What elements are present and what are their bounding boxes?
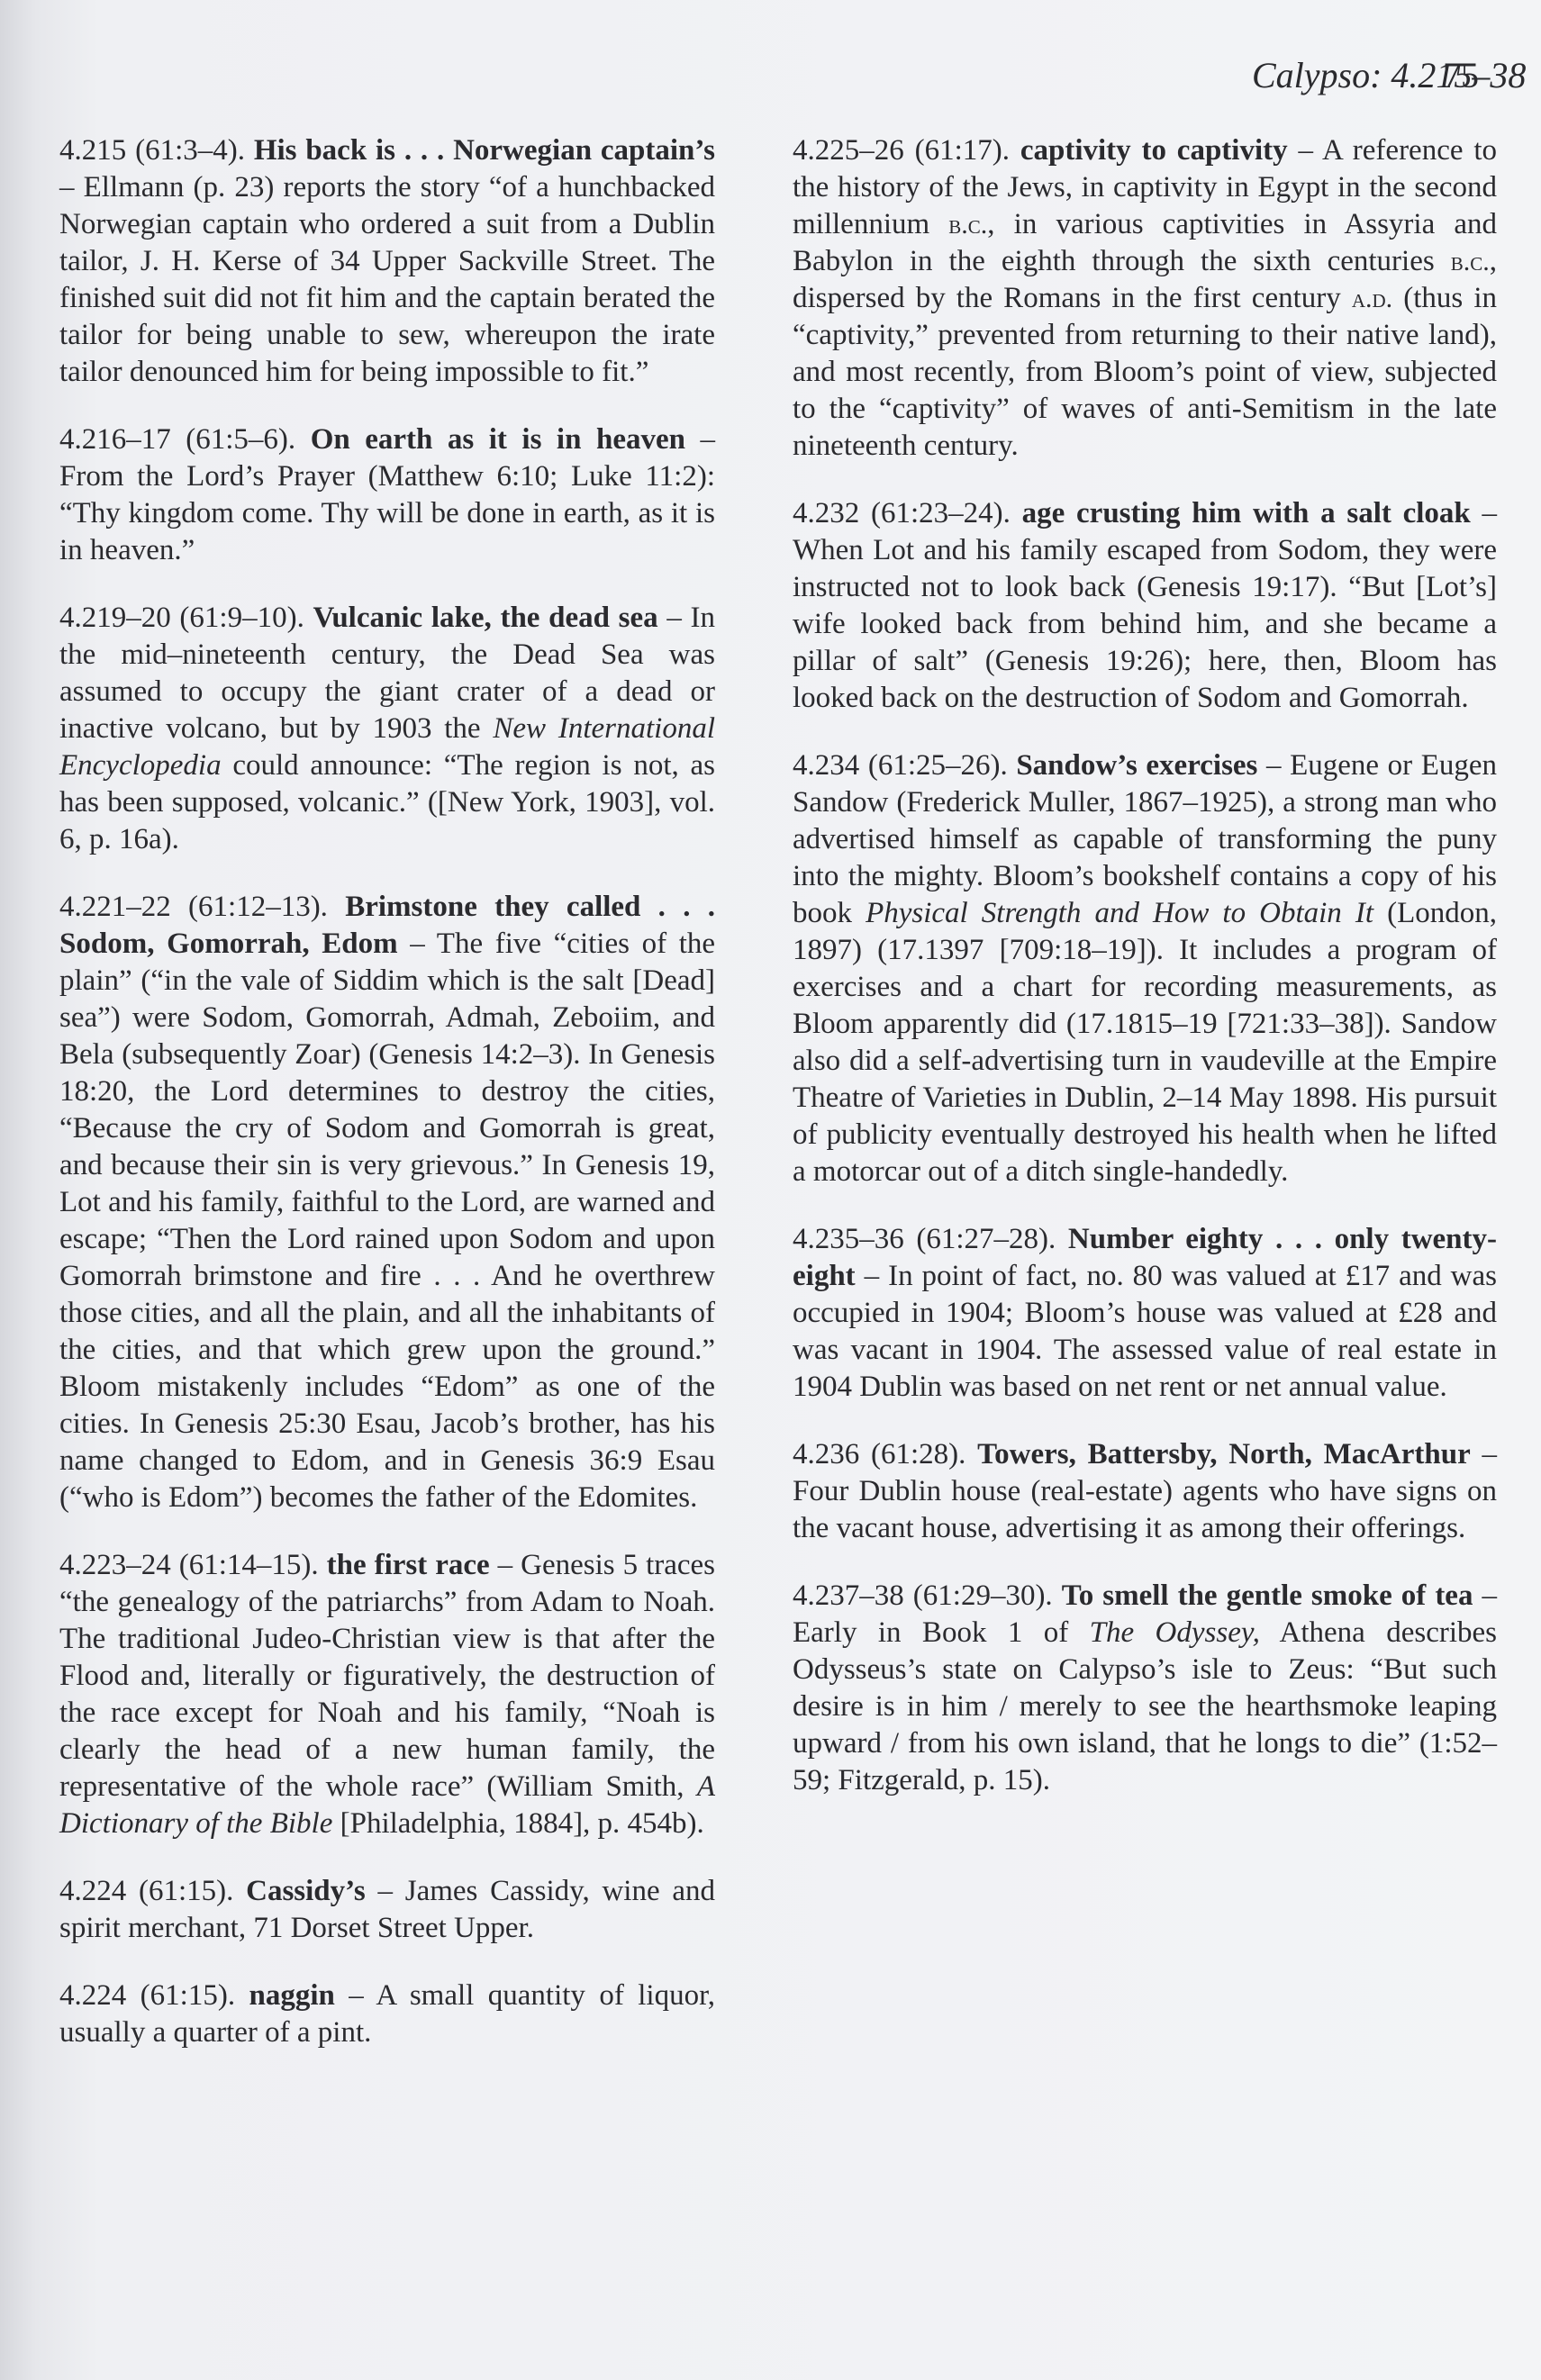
entry-reference: 4.224 (61:15). [59, 1979, 235, 2012]
annotation-entry-4-232: 4.232 (61:23–24). age crusting him with … [793, 495, 1497, 717]
entry-lemma: On earth as it is in heaven [311, 423, 685, 456]
entry-dash: – [1471, 497, 1497, 529]
annotation-entry-4-223: 4.223–24 (61:14–15). the first race – Ge… [59, 1547, 715, 1842]
era-abbrev: b.c. [1451, 247, 1490, 276]
entry-dash: – [856, 1260, 888, 1292]
entry-reference: 4.225–26 (61:17). [793, 134, 1010, 167]
entry-reference: 4.224 (61:15). [59, 1875, 233, 1907]
entry-dash: – [1257, 749, 1290, 782]
entry-dash: – [335, 1979, 376, 2012]
entry-body-cont: (London, 1897) (17.1397 [709:18–19]). It… [793, 897, 1497, 1188]
annotation-entry-4-215: 4.215 (61:3–4). His back is . . . Norweg… [59, 132, 715, 391]
running-head: Calypso: 4.215–38 75 [1252, 54, 1504, 96]
right-column: 4.225–26 (61:17). captivity to captivity… [793, 132, 1497, 1830]
entry-lemma: naggin [249, 1979, 335, 2012]
entry-body: In point of fact, no. 80 was valued at £… [793, 1260, 1497, 1403]
annotation-entry-4-234: 4.234 (61:25–26). Sandow’s exercises – E… [793, 747, 1497, 1190]
annotation-entry-4-224-cassidys: 4.224 (61:15). Cassidy’s – James Cassidy… [59, 1873, 715, 1947]
entry-reference: 4.236 (61:28). [793, 1438, 965, 1471]
book-page: Calypso: 4.215–38 75 4.215 (61:3–4). His… [0, 0, 1541, 2380]
entry-dash: – [1471, 1438, 1497, 1471]
entry-lemma: captivity to captivity [1020, 134, 1288, 167]
entry-reference: 4.215 (61:3–4). [59, 134, 245, 167]
entry-body: Genesis 5 traces “the genealogy of the p… [59, 1549, 715, 1803]
era-abbrev: b.c. [948, 210, 987, 240]
entry-lemma: His back is . . . Norwegian captain’s [254, 134, 715, 167]
entry-lemma: Cassidy’s [246, 1875, 366, 1907]
entry-italic-title: Physical Strength and How to Obtain It [866, 897, 1373, 929]
entry-reference: 4.234 (61:25–26). [793, 749, 1008, 782]
entry-body: When Lot and his family escaped from Sod… [793, 534, 1497, 714]
entry-reference: 4.223–24 (61:14–15). [59, 1549, 319, 1581]
annotation-entry-4-225: 4.225–26 (61:17). captivity to captivity… [793, 132, 1497, 465]
annotation-entry-4-216: 4.216–17 (61:5–6). On earth as it is in … [59, 421, 715, 569]
entry-reference: 4.221–22 (61:12–13). [59, 891, 328, 923]
entry-dash: – [1473, 1579, 1497, 1612]
page-number: 75 [1443, 54, 1479, 96]
entry-dash: – [398, 928, 437, 960]
left-column: 4.215 (61:3–4). His back is . . . Norweg… [59, 132, 715, 2082]
entry-dash: – [490, 1549, 521, 1581]
annotation-entry-4-237: 4.237–38 (61:29–30). To smell the gentle… [793, 1578, 1497, 1799]
entry-lemma: To smell the gentle smoke of tea [1062, 1579, 1473, 1612]
entry-body: Ellmann (p. 23) reports the story “of a … [59, 171, 715, 388]
entry-body: Early in Book 1 of [793, 1616, 1090, 1649]
entry-dash: – [658, 602, 691, 634]
entry-reference: 4.237–38 (61:29–30). [793, 1579, 1053, 1612]
entry-body: From the Lord’s Prayer (Matthew 6:10; Lu… [59, 460, 715, 566]
entry-italic-title: The Odyssey, [1090, 1616, 1260, 1649]
entry-lemma: age crusting him with a salt cloak [1022, 497, 1471, 529]
entry-reference: 4.235–36 (61:27–28). [793, 1223, 1056, 1255]
entry-body: Four Dublin house (real-estate) agents w… [793, 1475, 1497, 1544]
entry-body-cont: [Philadelphia, 1884], p. 454b). [332, 1807, 703, 1840]
annotation-entry-4-219: 4.219–20 (61:9–10). Vulcanic lake, the d… [59, 600, 715, 858]
entry-dash: – [59, 171, 84, 204]
entry-dash: – [1288, 134, 1322, 167]
annotation-entry-4-236: 4.236 (61:28). Towers, Battersby, North,… [793, 1436, 1497, 1547]
entry-lemma: Sandow’s exercises [1016, 749, 1257, 782]
entry-lemma: Towers, Battersby, North, MacArthur [977, 1438, 1471, 1471]
era-abbrev: a.d. [1352, 284, 1392, 313]
entry-dash: – [366, 1875, 405, 1907]
annotation-entry-4-224-naggin: 4.224 (61:15). naggin – A small quantity… [59, 1977, 715, 2051]
entry-lemma: Vulcanic lake, the dead sea [313, 602, 658, 634]
entry-body: The five “cities of the plain” (“in the … [59, 928, 715, 1514]
annotation-entry-4-221: 4.221–22 (61:12–13). Brimstone they call… [59, 889, 715, 1516]
entry-dash: – [685, 423, 715, 456]
entry-reference: 4.216–17 (61:5–6). [59, 423, 295, 456]
entry-reference: 4.219–20 (61:9–10). [59, 602, 304, 634]
entry-lemma: the first race [327, 1549, 490, 1581]
entry-reference: 4.232 (61:23–24). [793, 497, 1011, 529]
annotation-entry-4-235: 4.235–36 (61:27–28). Number eighty . . .… [793, 1221, 1497, 1406]
running-head-title: Calypso: 4.215–38 [1252, 55, 1526, 95]
